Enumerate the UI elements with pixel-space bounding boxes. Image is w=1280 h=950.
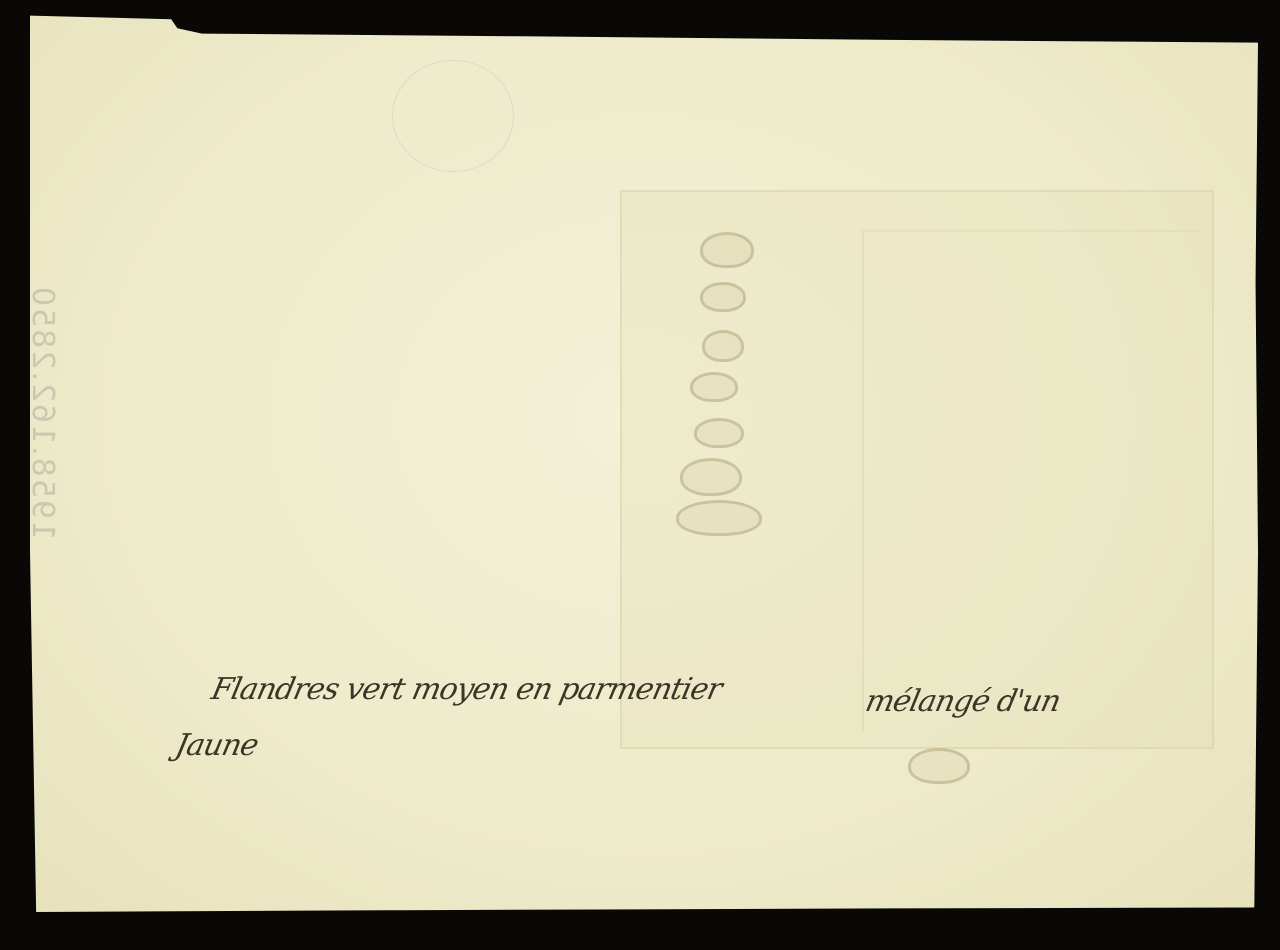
handwriting-line-1-continued: mélangé d'un (862, 684, 1063, 719)
glue-blot (680, 458, 742, 496)
glue-blot (908, 748, 970, 784)
glue-blot (700, 282, 746, 312)
handwriting-line-2: Jaune (172, 728, 261, 763)
faint-stamp-impression (392, 60, 514, 172)
show-through-stain-inner (862, 230, 1202, 732)
glue-blot (676, 500, 762, 536)
glue-blot (694, 418, 744, 448)
inventory-number: 1958.162.2850 (25, 240, 60, 540)
glue-blot (702, 330, 744, 362)
glue-blot (700, 232, 754, 268)
handwriting-line-1: Flandres vert moyen en parmentier (208, 672, 724, 707)
glue-blot (690, 372, 738, 402)
